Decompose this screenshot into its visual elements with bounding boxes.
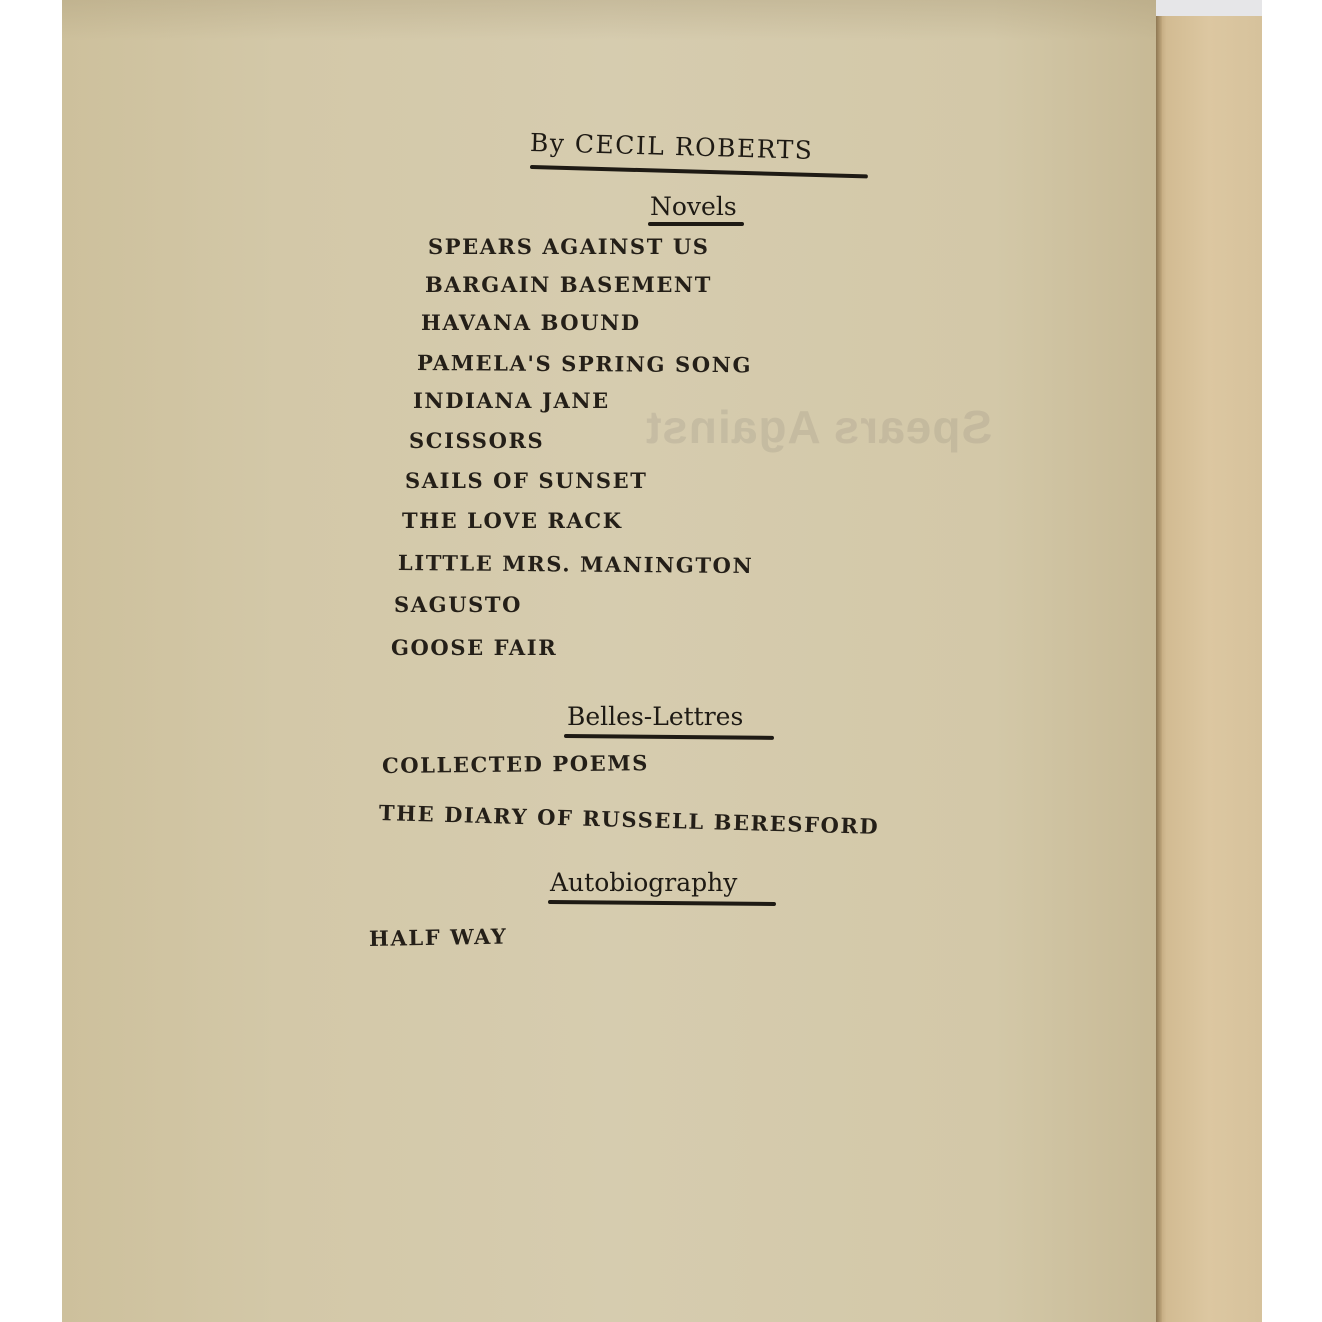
book-title: GOOSE FAIR [391, 635, 557, 660]
page-shadow [62, 0, 1158, 40]
book-title: COLLECTED POEMS [382, 750, 649, 778]
book-title: LITTLE MRS. MANINGTON [398, 550, 754, 578]
background-strip [1156, 0, 1262, 16]
show-through-text: Spears Against [645, 400, 992, 454]
book-title: SCISSORS [409, 428, 544, 453]
section-heading-novels: Novels [650, 192, 737, 221]
section-heading-belles-lettres: Belles-Lettres [567, 702, 743, 731]
book-title: SPEARS AGAINST US [428, 234, 710, 259]
section-heading-autobiography: Autobiography [550, 868, 737, 897]
book-title: INDIANA JANE [413, 388, 610, 413]
book-title: HALF WAY [369, 924, 508, 951]
book-title: HAVANA BOUND [421, 310, 641, 335]
book-title: BARGAIN BASEMENT [425, 272, 712, 297]
heading-underline [648, 222, 744, 226]
book-title: SAGUSTO [394, 592, 522, 617]
book-title: PAMELA'S SPRING SONG [417, 350, 752, 377]
next-page-edge [1156, 16, 1262, 1322]
book-title: THE LOVE RACK [402, 508, 623, 533]
book-page [62, 0, 1158, 1322]
page-gutter [1156, 16, 1162, 1322]
book-title: SAILS OF SUNSET [405, 468, 648, 493]
